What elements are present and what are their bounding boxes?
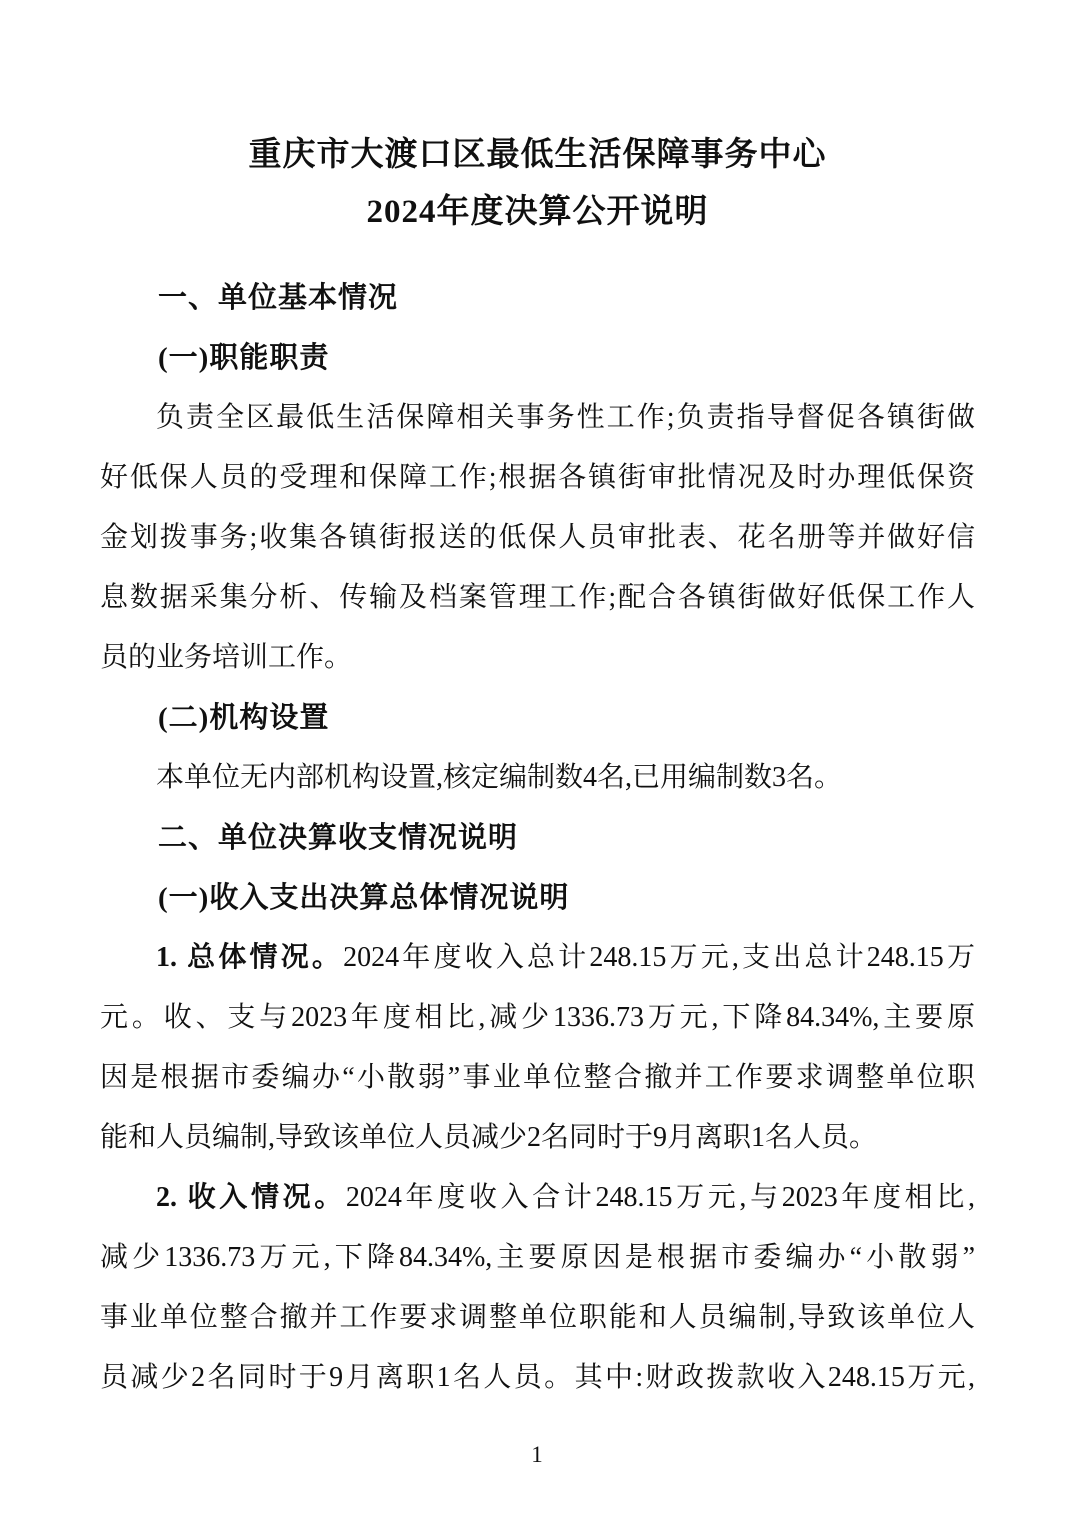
paragraph-1-line-1: 负责全区最低生活保障相关事务性工作;负责指导督促各镇街做: [100, 388, 975, 448]
list-item-2-label: 2. 收入情况。: [156, 1182, 346, 1213]
page-number: 1: [0, 1440, 1074, 1470]
paragraph-3-line-1: 1. 总体情况。2024年度收入总计248.15万元,支出总计248.15万: [100, 928, 975, 988]
subsection-heading-2-1: (一)收入支出决算总体情况说明: [100, 868, 975, 928]
paragraph-3-line-1-text: 2024年度收入总计248.15万元,支出总计248.15万: [343, 942, 975, 973]
subsection-heading-1-2: (二)机构设置: [100, 688, 975, 748]
paragraph-4-line-3: 事业单位整合撤并工作要求调整单位职能和人员编制,导致该单位人: [100, 1288, 975, 1348]
paragraph-2-line-1: 本单位无内部机构设置,核定编制数4名,已用编制数3名。: [100, 748, 975, 808]
paragraph-4-line-4: 员减少2名同时于9月离职1名人员。其中:财政拨款收入248.15万元,: [100, 1348, 975, 1408]
subsection-heading-1-1: (一)职能职责: [100, 328, 975, 388]
document-body: 一、单位基本情况 (一)职能职责 负责全区最低生活保障相关事务性工作;负责指导督…: [100, 268, 975, 1408]
paragraph-3-line-2: 元。收、支与2023年度相比,减少1336.73万元,下降84.34%,主要原: [100, 988, 975, 1048]
section-heading-2: 二、单位决算收支情况说明: [100, 808, 975, 868]
paragraph-1-line-5: 员的业务培训工作。: [100, 628, 975, 688]
document-title-line-2: 2024年度决算公开说明: [100, 184, 975, 241]
paragraph-1-line-4: 息数据采集分析、传输及档案管理工作;配合各镇街做好低保工作人: [100, 568, 975, 628]
list-item-1-label: 1. 总体情况。: [156, 942, 343, 973]
paragraph-3-line-3: 因是根据市委编办“小散弱”事业单位整合撤并工作要求调整单位职: [100, 1048, 975, 1108]
paragraph-3-line-4: 能和人员编制,导致该单位人员减少2名同时于9月离职1名人员。: [100, 1108, 975, 1168]
paragraph-1-line-3: 金划拨事务;收集各镇街报送的低保人员审批表、花名册等并做好信: [100, 508, 975, 568]
document-page: 重庆市大渡口区最低生活保障事务中心 2024年度决算公开说明 一、单位基本情况 …: [0, 0, 1074, 1520]
paragraph-1-line-2: 好低保人员的受理和保障工作;根据各镇街审批情况及时办理低保资: [100, 448, 975, 508]
paragraph-4-line-1-text: 2024年度收入合计248.15万元,与2023年度相比,: [346, 1182, 975, 1213]
document-title-line-1: 重庆市大渡口区最低生活保障事务中心: [100, 127, 975, 184]
paragraph-4-line-1: 2. 收入情况。2024年度收入合计248.15万元,与2023年度相比,: [100, 1168, 975, 1228]
section-heading-1: 一、单位基本情况: [100, 268, 975, 328]
paragraph-4-line-2: 减少1336.73万元,下降84.34%,主要原因是根据市委编办“小散弱”: [100, 1228, 975, 1288]
